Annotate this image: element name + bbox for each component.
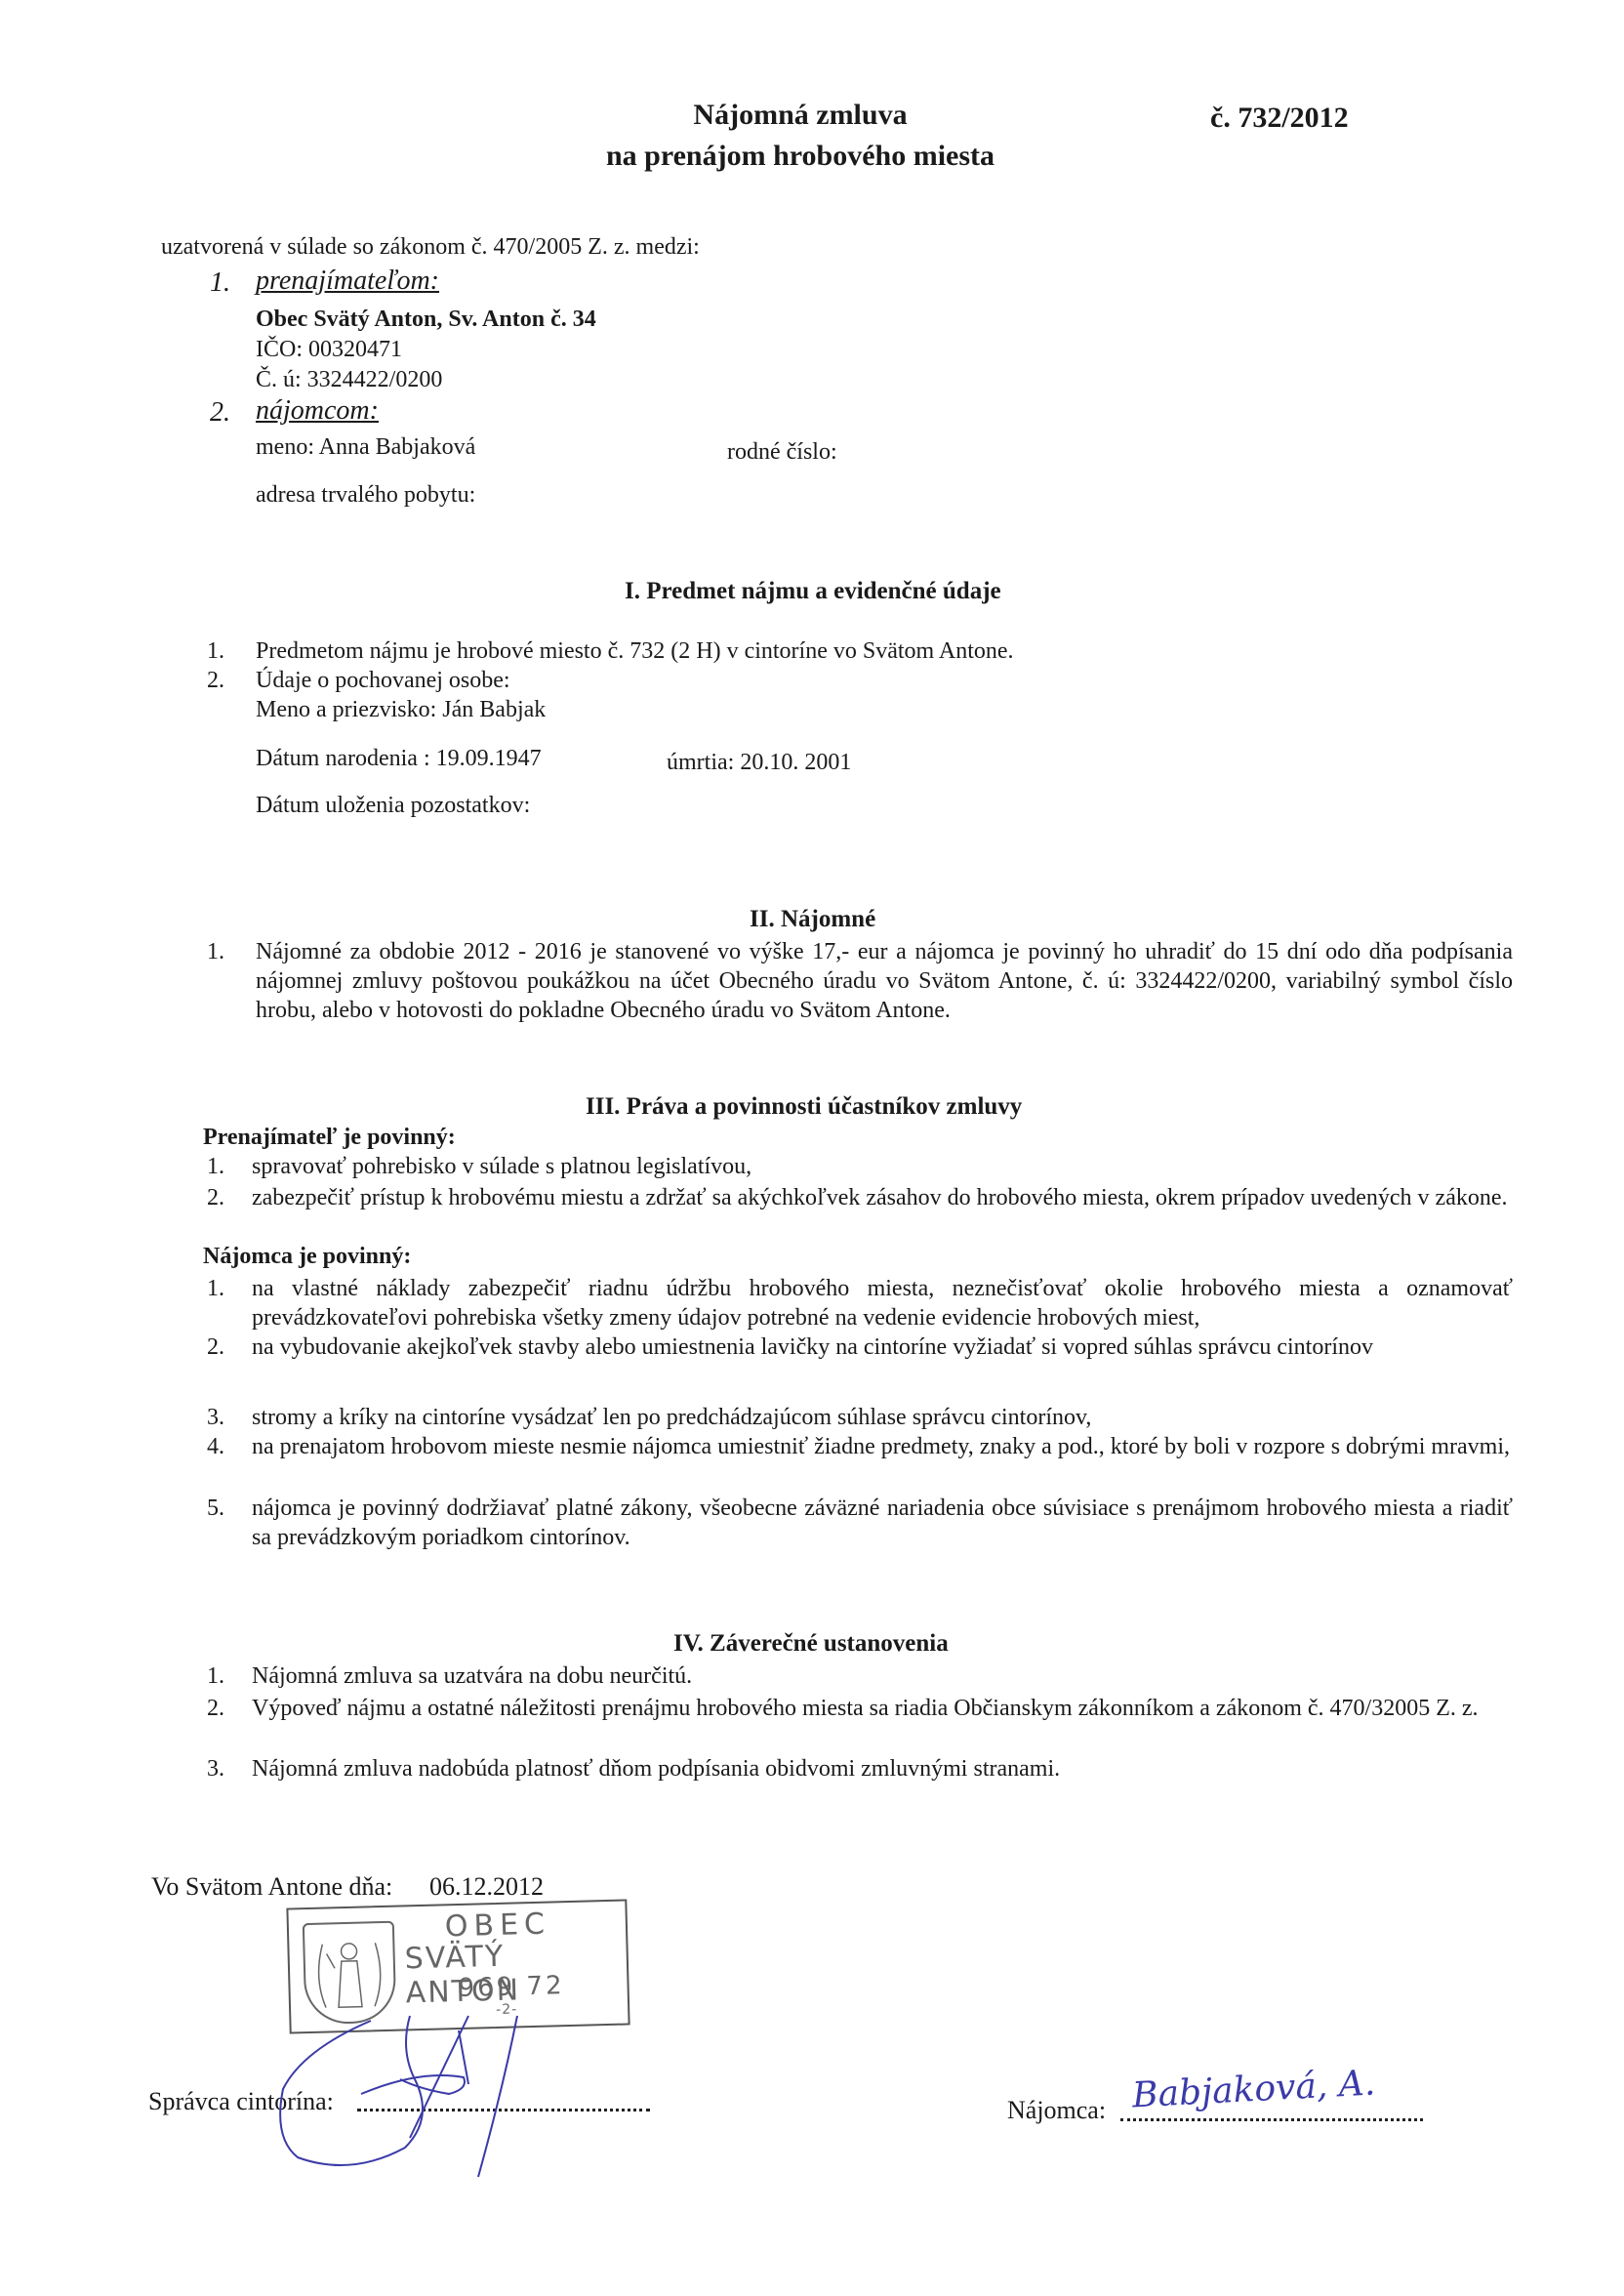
document-title: Nájomná zmluva <box>547 96 1054 135</box>
section-3-heading: III. Práva a povinnosti účastníkov zmluv… <box>586 1093 1022 1121</box>
lessee-label: nájomcom: <box>256 395 379 427</box>
lessee-obligation-4-text: na prenajatom hrobovom mieste nesmie náj… <box>252 1432 1513 1461</box>
lessee-obligation-4-number: 4. <box>207 1432 224 1461</box>
section-4-item-2-text: Výpoveď nájmu a ostatné náležitosti pren… <box>252 1694 1513 1723</box>
section-4-item-3-number: 3. <box>207 1754 224 1783</box>
lessee-obligation-5-number: 5. <box>207 1494 224 1523</box>
section-4-item-1-number: 1. <box>207 1661 224 1691</box>
section-4-item-2-number: 2. <box>207 1694 224 1723</box>
lessor-ico: IČO: 00320471 <box>256 335 402 364</box>
document-subtitle: na prenájom hrobového miesta <box>547 137 1054 176</box>
lessor-name: Obec Svätý Anton, Sv. Anton č. 34 <box>256 305 596 334</box>
lessee-obligation-3-text: stromy a kríky na cintoríne vysádzať len… <box>252 1403 1091 1432</box>
burial-date-label: Dátum uloženia pozostatkov: <box>256 791 530 820</box>
parties-intro: uzatvorená v súlade so zákonom č. 470/20… <box>161 232 700 262</box>
lessee-signature-label: Nájomca: <box>1007 2096 1106 2125</box>
lessee-signature: Babjaková, A. <box>1131 2064 1376 2116</box>
address-label: adresa trvalého pobytu: <box>256 480 475 510</box>
place-date-label: Vo Svätom Antone dňa: <box>151 1872 392 1902</box>
administrator-signature <box>254 2011 547 2187</box>
lessee-obligation-1-text: na vlastné náklady zabezpečiť riadnu údr… <box>252 1274 1513 1332</box>
lessee-name: meno: Anna Babjaková <box>256 432 475 462</box>
lessee-number: 2. <box>210 398 230 428</box>
contract-page: Nájomná zmluva na prenájom hrobového mie… <box>0 0 1624 2296</box>
lessee-obligation-2-text: na vybudovanie akejkoľvek stavby alebo u… <box>252 1332 1513 1362</box>
lessor-obligation-1-number: 1. <box>207 1152 224 1181</box>
section-4-item-1-text: Nájomná zmluva sa uzatvára na dobu neurč… <box>252 1661 692 1691</box>
lessee-obligations-heading: Nájomca je povinný: <box>203 1242 411 1271</box>
section-1-item-2-number: 2. <box>207 666 224 695</box>
section-2-item-1-number: 1. <box>207 937 224 966</box>
lessor-account: Č. ú: 3324422/0200 <box>256 365 442 394</box>
lessor-label: prenajímateľom: <box>256 266 439 297</box>
lessee-signature-line <box>1120 2118 1423 2121</box>
section-1-item-2-text: Údaje o pochovanej osobe: <box>256 666 510 695</box>
lessor-obligations-heading: Prenajímateľ je povinný: <box>203 1123 456 1152</box>
section-2-item-1-text: Nájomné za obdobie 2012 - 2016 je stanov… <box>256 937 1513 1025</box>
lessee-obligation-3-number: 3. <box>207 1403 224 1432</box>
lessee-obligation-2-number: 2. <box>207 1332 224 1362</box>
lessor-number: 1. <box>210 268 230 298</box>
section-4-heading: IV. Záverečné ustanovenia <box>673 1630 949 1658</box>
section-1-item-1-text: Predmetom nájmu je hrobové miesto č. 732… <box>256 636 1014 666</box>
lessor-obligation-1-text: spravovať pohrebisko v súlade s platnou … <box>252 1152 751 1181</box>
section-2-heading: II. Nájomné <box>750 906 875 933</box>
lessee-obligation-5-text: nájomca je povinný dodržiavať platné zák… <box>252 1494 1513 1552</box>
coat-of-arms-icon <box>303 1921 397 2025</box>
lessee-obligation-1-number: 1. <box>207 1274 224 1303</box>
deceased-name: Meno a priezvisko: Ján Babjak <box>256 695 546 724</box>
birth-date: Dátum narodenia : 19.09.1947 <box>256 744 542 773</box>
lessor-obligation-2-text: zabezpečiť prístup k hrobovému miestu a … <box>252 1183 1513 1212</box>
section-1-heading: I. Predmet nájmu a evidenčné údaje <box>625 578 1001 605</box>
contract-number: č. 732/2012 <box>1210 102 1349 135</box>
signing-date: 06.12.2012 <box>429 1872 544 1902</box>
birth-number-label: rodné číslo: <box>727 437 837 467</box>
section-1-item-1-number: 1. <box>207 636 224 666</box>
stamp-line-3: 969 72 <box>458 1971 565 2003</box>
lessor-obligation-2-number: 2. <box>207 1183 224 1212</box>
section-4-item-3-text: Nájomná zmluva nadobúda platnosť dňom po… <box>252 1754 1060 1783</box>
death-date: úmrtia: 20.10. 2001 <box>667 748 851 777</box>
